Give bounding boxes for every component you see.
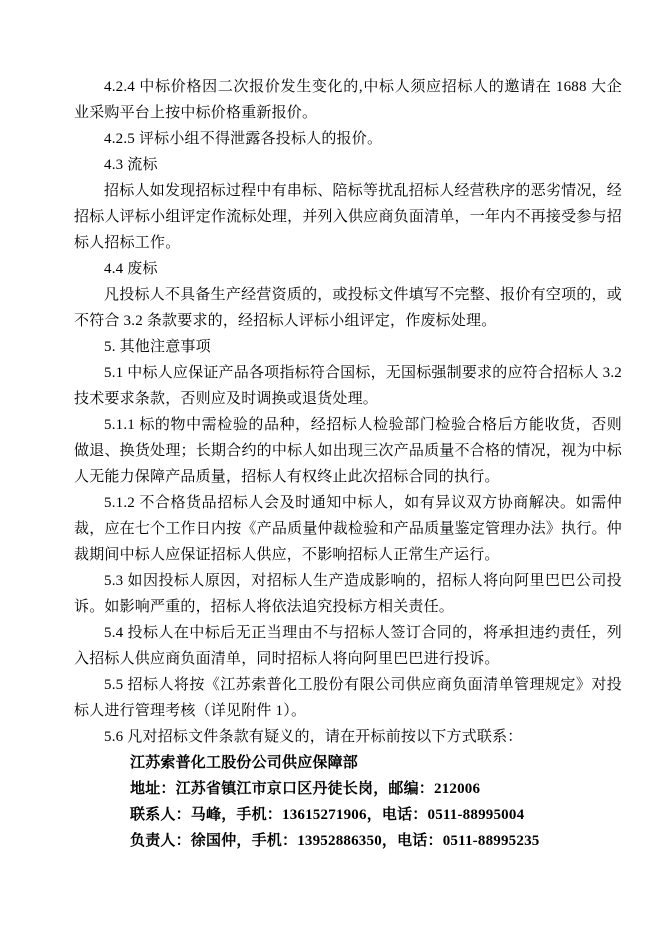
body-paragraph: 4.3 流标 xyxy=(74,152,622,178)
contact-department: 江苏索普化工股份公司供应保障部 xyxy=(74,750,622,776)
document-body: 4.2.4 中标价格因二次报价发生变化的,中标人须应招标人的邀请在 1688 大… xyxy=(74,74,622,750)
contact-person: 联系人：马峰，手机：13615271906，电话：0511-88995004 xyxy=(74,802,622,828)
body-paragraph: 5.1.1 标的物中需检验的品种，经招标人检验部门检验合格后方能收货，否则做退、… xyxy=(74,412,622,490)
body-paragraph: 4.2.4 中标价格因二次报价发生变化的,中标人须应招标人的邀请在 1688 大… xyxy=(74,74,622,126)
contact-manager: 负责人：徐国仲，手机：13952886350，电话：0511-88995235 xyxy=(74,828,622,854)
body-paragraph: 5.3 如因投标人原因，对招标人生产造成影响的，招标人将向阿里巴巴公司投诉。如影… xyxy=(74,568,622,620)
contact-address: 地址：江苏省镇江市京口区丹徒长岗，邮编：212006 xyxy=(74,776,622,802)
body-paragraph: 4.2.5 评标小组不得泄露各投标人的报价。 xyxy=(74,126,622,152)
body-paragraph: 5.1 中标人应保证产品各项指标符合国标，无国标强制要求的应符合招标人 3.2 … xyxy=(74,360,622,412)
body-paragraph: 5.5 招标人将按《江苏索普化工股份有限公司供应商负面清单管理规定》对投标人进行… xyxy=(74,672,622,724)
body-paragraph: 招标人如发现招标过程中有串标、陪标等扰乱招标人经营秩序的恶劣情况，经招标人评标小… xyxy=(74,178,622,256)
body-paragraph: 5.4 投标人在中标后无正当理由不与招标人签订合同的，将承担违约责任，列入招标人… xyxy=(74,620,622,672)
body-paragraph: 凡投标人不具备生产经营资质的，或投标文件填写不完整、报价有空项的，或不符合 3.… xyxy=(74,282,622,334)
body-paragraph: 5. 其他注意事项 xyxy=(74,334,622,360)
body-paragraph: 5.1.2 不合格货品招标人会及时通知中标人，如有异议双方协商解决。如需仲裁，应… xyxy=(74,490,622,568)
body-paragraph: 5.6 凡对招标文件条款有疑义的，请在开标前按以下方式联系： xyxy=(74,724,622,750)
body-paragraph: 4.4 废标 xyxy=(74,256,622,282)
contact-block: 江苏索普化工股份公司供应保障部 地址：江苏省镇江市京口区丹徒长岗，邮编：2120… xyxy=(74,750,622,854)
document-page: 4.2.4 中标价格因二次报价发生变化的,中标人须应招标人的邀请在 1688 大… xyxy=(0,0,662,936)
